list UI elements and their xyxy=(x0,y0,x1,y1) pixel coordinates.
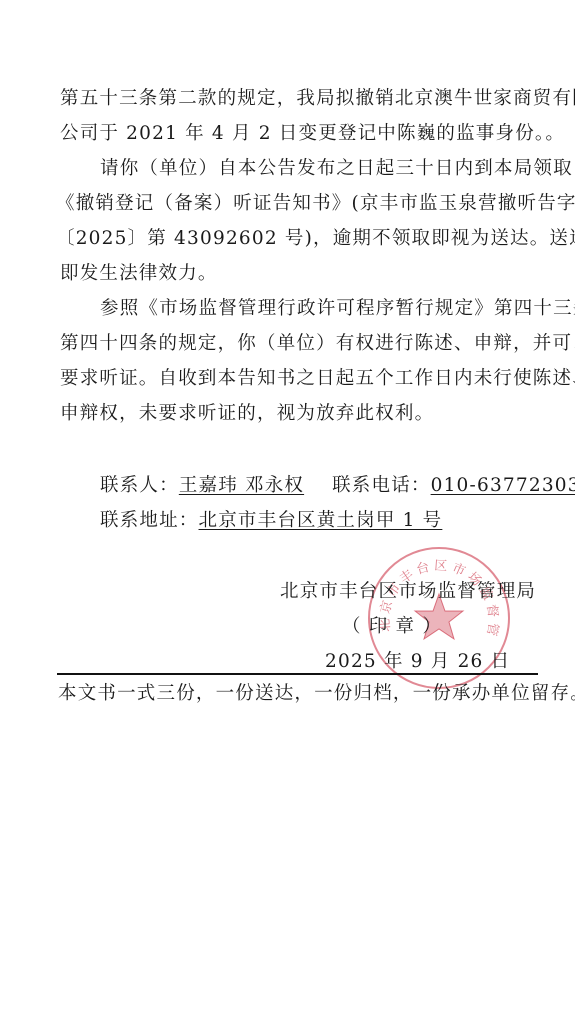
paragraph-2-line-4: 即发生法律效力。 xyxy=(60,262,218,286)
footer-divider xyxy=(57,673,538,675)
paragraph-3-line-2: 第四十四条的规定，你（单位）有权进行陈述、申辩，并可以 xyxy=(60,332,575,356)
paragraph-3-line-4: 申辩权，未要求听证的，视为放弃此权利。 xyxy=(60,402,434,426)
issue-date: 2025 年 9 月 26 日 xyxy=(325,650,510,674)
seal-label: （ 印 章 ） xyxy=(342,615,442,639)
paragraph-2-line-3: 〔2025〕第 43092602 号)，逾期不领取即视为送达。送达之日 xyxy=(56,227,575,251)
contact-address-row: 联系地址：北京市丰台区黄土岗甲 1 号 xyxy=(100,509,442,533)
paragraph-2-line-2: 《撤销登记（备案）听证告知书》(京丰市监玉泉营撤听告字 xyxy=(56,192,575,216)
footer-note: 本文书一式三份，一份送达，一份归档，一份承办单位留存。 xyxy=(58,682,575,706)
paragraph-3-line-1: 参照《市场监督管理行政许可程序暂行规定》第四十三条、 xyxy=(100,297,575,321)
contact-address-value: 北京市丰台区黄土岗甲 1 号 xyxy=(199,510,443,531)
contact-phone-label: 联系电话： xyxy=(332,475,431,496)
contact-address-label: 联系地址： xyxy=(100,510,199,531)
paragraph-2-line-1: 请你（单位）自本公告发布之日起三十日内到本局领取 xyxy=(100,157,573,181)
paragraph-1-line-1: 第五十三条第二款的规定，我局拟撤销北京澳牛世家商贸有限 xyxy=(60,87,575,111)
contact-person-value: 王嘉玮 邓永权 xyxy=(179,475,304,496)
contact-person-row: 联系人：王嘉玮 邓永权联系电话：010-63772303 xyxy=(100,474,575,498)
contact-person-label: 联系人： xyxy=(100,475,179,496)
paragraph-3-line-3: 要求听证。自收到本告知书之日起五个工作日内未行使陈述、 xyxy=(60,367,575,391)
contact-phone-value: 010-63772303 xyxy=(431,475,575,496)
paragraph-1-line-2: 公司于 2021 年 4 月 2 日变更登记中陈巍的监事身份。。 xyxy=(60,122,565,146)
issuing-organization: 北京市丰台区市场监督管理局 xyxy=(280,580,536,604)
